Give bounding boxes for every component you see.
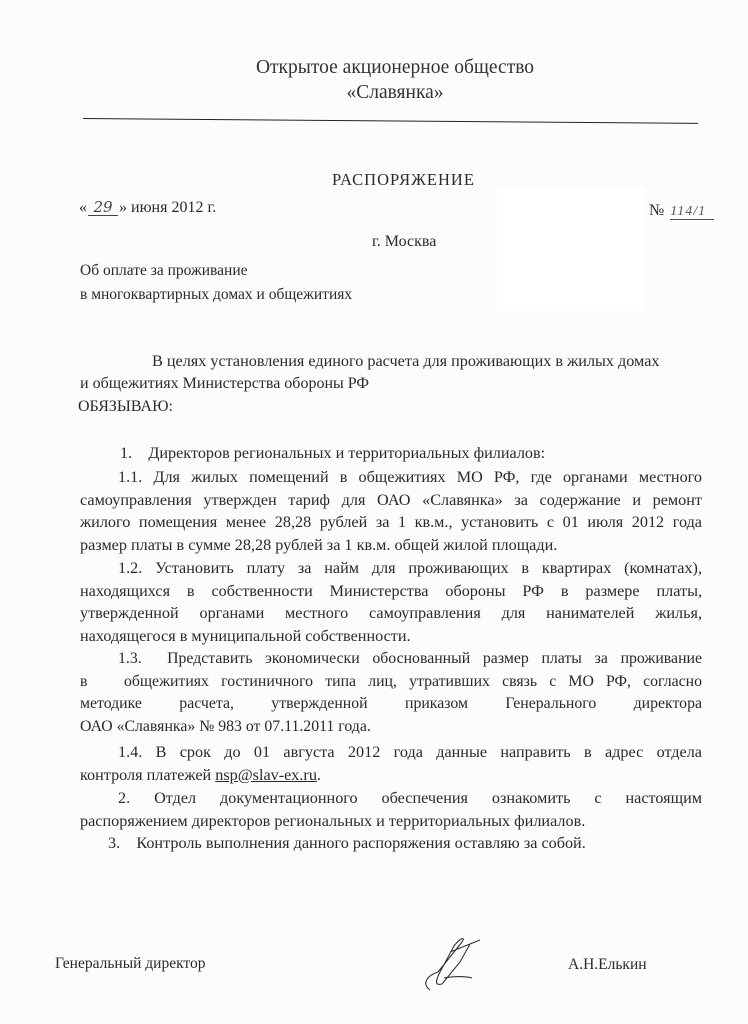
item-2-line-2: распоряжением директоров региональных и … xyxy=(80,810,702,833)
handwritten-signature-icon xyxy=(400,932,500,992)
organization-name: Открытое акционерное общество xyxy=(0,57,748,79)
document-number: №114/1 xyxy=(649,202,714,220)
document-type-title: РАСПОРЯЖЕНИЕ xyxy=(332,170,475,190)
signatory-name: А.Н.Елькин xyxy=(568,956,647,974)
item-1-2-line-3: утвержденной органами местного самоуправ… xyxy=(80,602,702,625)
item-1-1-line-4: размер платы в сумме 28,28 рублей за 1 к… xyxy=(80,534,702,557)
obligation-word: ОБЯЗЫВАЮ: xyxy=(78,398,173,416)
organization-brand: «Славянка» xyxy=(0,82,748,104)
email-link[interactable]: nsp@slav-ex.ru xyxy=(215,766,317,784)
item-1-1-line-3: жилого помещения менее 28,28 рублей за 1… xyxy=(80,511,702,534)
preamble-line-2: и общежитиях Министерства обороны РФ xyxy=(80,373,702,396)
document-page: Открытое акционерное общество «Славянка»… xyxy=(0,0,748,1024)
preamble: В целях установления единого расчета для… xyxy=(80,350,702,395)
signatory-title: Генеральный директор xyxy=(55,955,206,973)
item-3: 3. Контроль выполнения данного распоряже… xyxy=(108,834,586,853)
subject-line-1: Об оплате за проживание xyxy=(80,262,248,280)
item-1-2-line-2: находящихся в собственности Министерства… xyxy=(80,580,702,603)
number-value-handwritten: 114/1 xyxy=(670,205,714,220)
date-open-quote: « xyxy=(79,199,87,216)
subject-line-2: в многоквартирных домах и общежитиях xyxy=(80,286,352,304)
item-1-3: 1.3. Представить экономически обоснованн… xyxy=(80,648,702,738)
preamble-line-1: В целях установления единого расчета для… xyxy=(80,350,702,373)
item-1-1: 1.1. Для жилых помещений в общежитиях МО… xyxy=(80,466,702,556)
item-1-3-line-3: методике расчета, утвержденной приказом … xyxy=(80,693,702,716)
item-1-4-line-2: контроля платежей nsp@slav-ex.ru. xyxy=(80,764,702,787)
item-1-1-line-1: 1.1. Для жилых помещений в общежитиях МО… xyxy=(80,466,702,489)
item-1-4-line-1: 1.4. В срок до 01 августа 2012 года данн… xyxy=(80,741,702,764)
header-divider xyxy=(83,118,698,124)
item-1-3-line-2: в общежитиях гостиничного типа лиц, утра… xyxy=(80,671,702,694)
item-2-line-1: 2. Отдел документационного обеспечения о… xyxy=(80,787,702,810)
redacted-stamp-area xyxy=(497,187,645,311)
item-1-4: 1.4. В срок до 01 августа 2012 года данн… xyxy=(80,741,702,786)
number-label: № xyxy=(649,202,664,219)
item-1-3-line-4: ОАО «Славянка» № 983 от 07.11.2011 года. xyxy=(80,716,702,739)
item-1-2-line-4: находящегося в муниципальной собственнос… xyxy=(80,625,702,648)
item-1-2: 1.2. Установить плату за найм для прожив… xyxy=(80,557,702,647)
item-1-3-line-1: 1.3. Представить экономически обоснованн… xyxy=(80,648,702,671)
item-1-2-line-1: 1.2. Установить плату за найм для прожив… xyxy=(80,557,702,580)
date-rest: » июня 2012 г. xyxy=(119,199,216,216)
document-date: «29» июня 2012 г. xyxy=(79,199,216,217)
document-city: г. Москва xyxy=(372,233,436,251)
item-1-1-line-2: самоуправления утвержден тариф для ОАО «… xyxy=(80,489,702,512)
item-1-4-prefix: контроля платежей xyxy=(80,766,215,784)
item-2: 2. Отдел документационного обеспечения о… xyxy=(80,787,702,832)
item-1: 1. Директоров региональных и территориал… xyxy=(120,444,545,463)
date-day-handwritten: 29 xyxy=(88,200,118,216)
item-1-4-suffix: . xyxy=(317,766,321,784)
